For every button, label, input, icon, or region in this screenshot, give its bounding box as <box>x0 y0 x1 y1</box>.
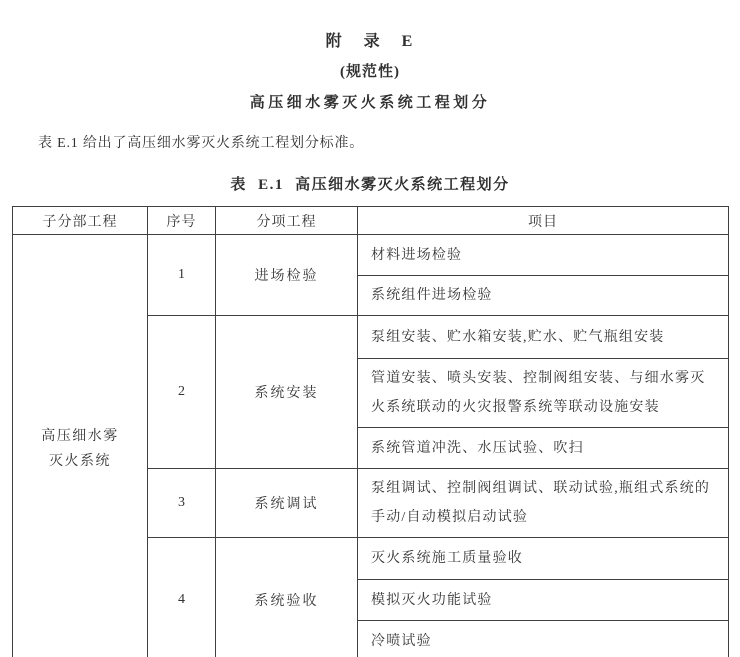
cell-project-item: 泵组调试、控制阀组调试、联动试验,瓶组式系统的手动/自动模拟启动试验 <box>358 469 729 538</box>
subdivision-line2: 灭火系统 <box>13 449 147 474</box>
cell-subdivision: 高压细水雾 灭火系统 <box>13 235 148 657</box>
cell-project-item: 灭火系统施工质量验收 <box>358 538 729 580</box>
cell-subitem-3: 系统调试 <box>216 469 358 538</box>
cell-serial-2: 2 <box>148 316 216 469</box>
division-table: 子分部工程 序号 分项工程 项目 高压细水雾 灭火系统 1 进场检验 材料进场检… <box>12 206 729 657</box>
cell-project-item: 系统组件进场检验 <box>358 276 729 316</box>
table-caption: 表 E.1 高压细水雾灭火系统工程划分 <box>0 173 740 194</box>
document-page: 附 录 E (规范性) 高压细水雾灭火系统工程划分 表 E.1 给出了高压细水雾… <box>0 0 740 657</box>
cell-project-item: 模拟灭火功能试验 <box>358 580 729 621</box>
cell-serial-1: 1 <box>148 235 216 316</box>
table-row: 高压细水雾 灭火系统 1 进场检验 材料进场检验 <box>13 235 729 276</box>
normative-label: (规范性) <box>0 60 740 81</box>
cell-project-item: 冷喷试验 <box>358 621 729 657</box>
cell-project-item: 系统管道冲洗、水压试验、吹扫 <box>358 428 729 469</box>
header-subdivision: 子分部工程 <box>13 207 148 235</box>
cell-subitem-2: 系统安装 <box>216 316 358 469</box>
appendix-title: 附 录 E <box>0 28 740 51</box>
cell-subitem-4: 系统验收 <box>216 538 358 657</box>
cell-serial-3: 3 <box>148 469 216 538</box>
intro-paragraph: 表 E.1 给出了高压细水雾灭火系统工程划分标准。 <box>12 132 726 152</box>
header-subitem: 分项工程 <box>216 207 358 235</box>
table-header-row: 子分部工程 序号 分项工程 项目 <box>13 207 729 235</box>
cell-project-item: 材料进场检验 <box>358 235 729 276</box>
cell-project-item: 泵组安装、贮水箱安装,贮水、贮气瓶组安装 <box>358 316 729 359</box>
heading-block: 附 录 E (规范性) 高压细水雾灭火系统工程划分 <box>0 0 740 112</box>
cell-serial-4: 4 <box>148 538 216 657</box>
cell-subitem-1: 进场检验 <box>216 235 358 316</box>
subdivision-line1: 高压细水雾 <box>13 424 147 449</box>
header-project: 项目 <box>358 207 729 235</box>
appendix-subject-title: 高压细水雾灭火系统工程划分 <box>0 91 740 112</box>
header-serial-number: 序号 <box>148 207 216 235</box>
cell-project-item: 管道安装、喷头安装、控制阀组安装、与细水雾灭火系统联动的火灾报警系统等联动设施安… <box>358 359 729 428</box>
